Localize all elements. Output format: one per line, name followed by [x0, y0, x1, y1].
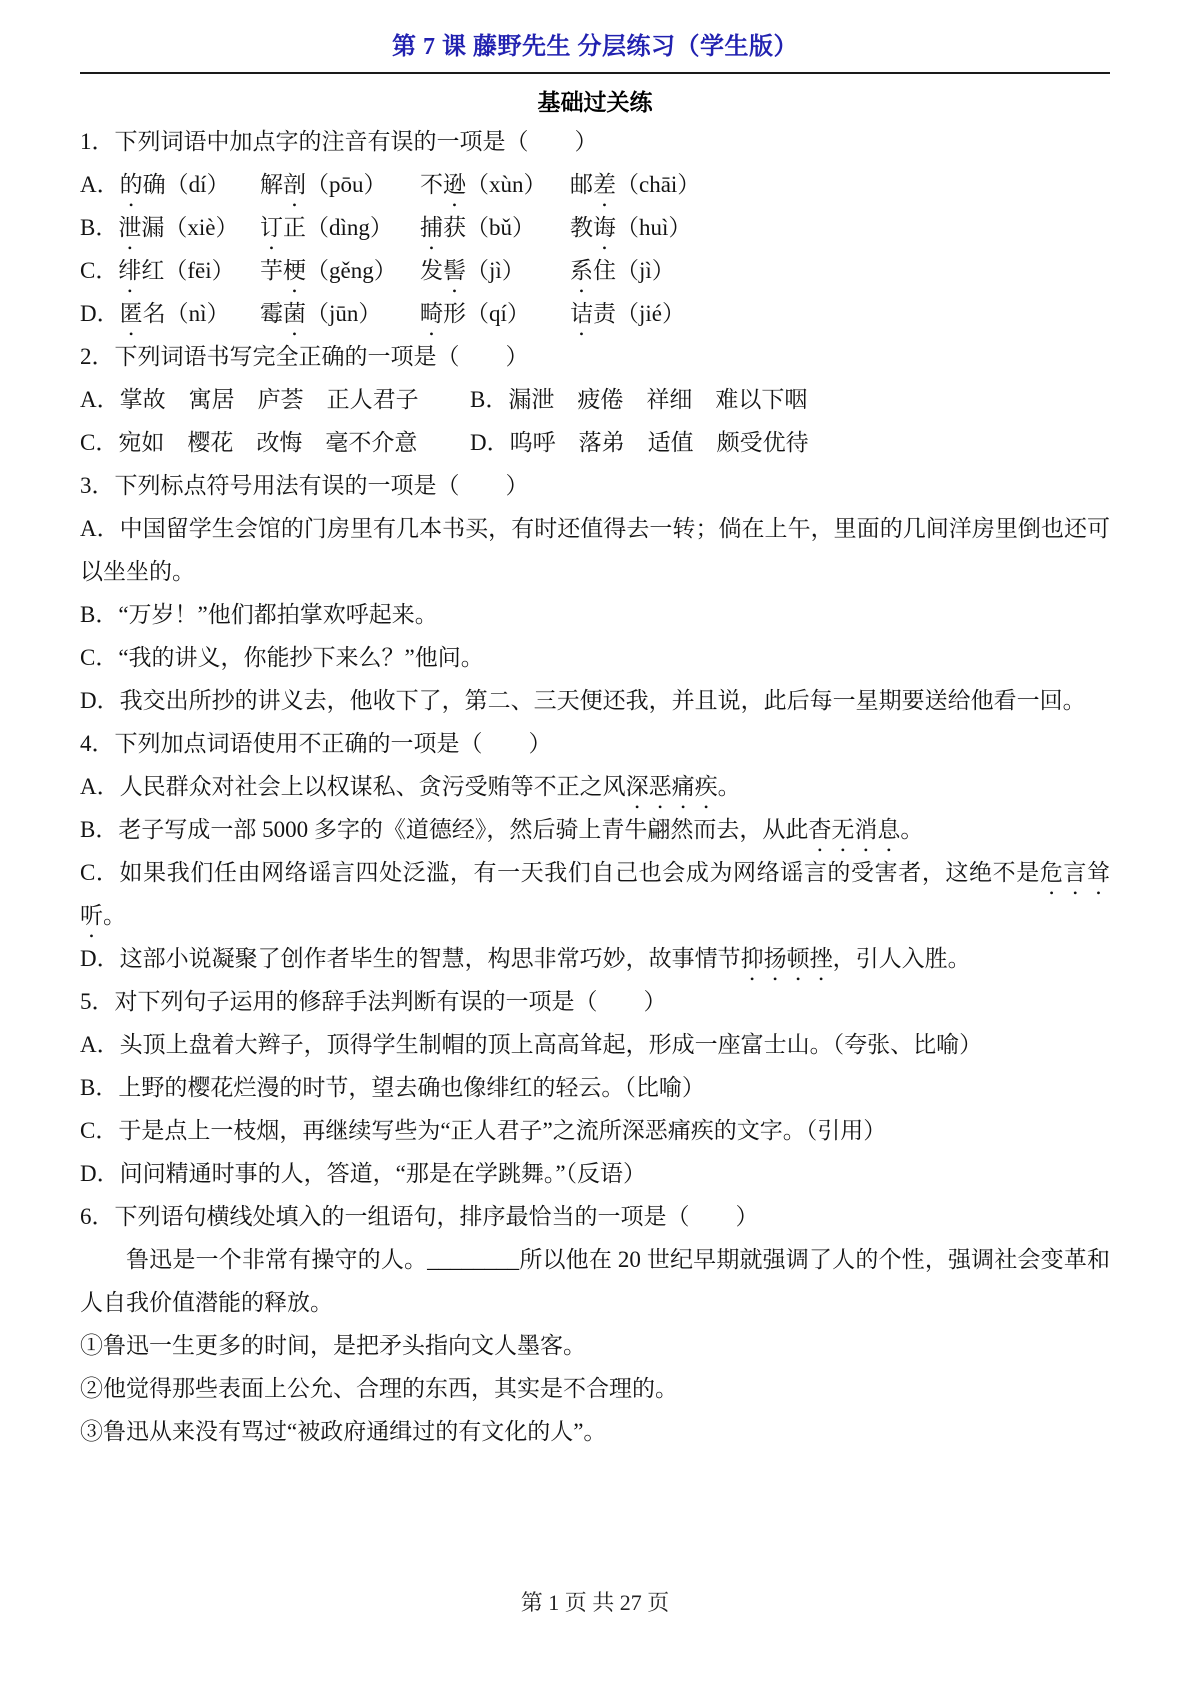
- emphasis-dot-char: 剖: [283, 172, 306, 197]
- option-word: 不逊（xùn）: [420, 163, 570, 206]
- option-word: 发髻（jì）: [420, 249, 570, 292]
- question-5-option-b: B．上野的樱花烂漫的时节，望去确也像绯红的轻云。（比喻）: [80, 1066, 1110, 1109]
- emphasis-dot-char: 扬: [764, 946, 787, 971]
- question-3-option-a: A．中国留学生会馆的门房里有几本书买，有时还值得去一转；倘在上午，里面的几间洋房…: [80, 507, 1110, 593]
- question-5-option-c: C．于是点上一枝烟，再继续写些为“正人君子”之流所深恶痛疾的文字。（引用）: [80, 1109, 1110, 1152]
- emphasis-dot-char: 髻: [443, 258, 466, 283]
- question-5-option-d: D．问问精通时事的人，答道，“那是在学跳舞。”（反语）: [80, 1152, 1110, 1195]
- emphasis-dot-char: 绯: [118, 258, 141, 283]
- emphasis-dot-char: 诘: [570, 301, 593, 326]
- questions-area: 1．下列词语中加点字的注音有误的一项是（ ）A．的确（dí）解剖（pōu）不逊（…: [80, 120, 1110, 1453]
- emphasis-dot-char: 息: [877, 817, 900, 842]
- emphasis-dot-char: 系: [570, 258, 593, 283]
- emphasis-dot-char: 泄: [118, 215, 141, 240]
- emphasis-dot-char: 顿: [787, 946, 810, 971]
- emphasis-dot-char: 无: [831, 817, 854, 842]
- option-word: 诘责（jié）: [570, 292, 1110, 335]
- option-word: 订正（dìng）: [260, 206, 420, 249]
- option-word: 系住（jì）: [570, 249, 1110, 292]
- emphasis-dot-char: 差: [593, 172, 616, 197]
- option-group: B．漏泄 疲倦 祥细 难以下咽: [470, 378, 1110, 421]
- question-2-stem: 2．下列词语书写完全正确的一项是（ ）: [80, 335, 1110, 378]
- option-word: D．匿名（nì）: [80, 292, 260, 335]
- question-4-option-d: D．这部小说凝聚了创作者毕生的智慧，构思非常巧妙，故事情节抑扬顿挫，引人入胜。: [80, 937, 1110, 980]
- option-word: A．的确（dí）: [80, 163, 260, 206]
- emphasis-dot-char: 匿: [120, 301, 143, 326]
- question-4-option-c: C．如果我们任由网络谣言四处泛滥，有一天我们自己也会成为网络谣言的受害者，这绝不…: [80, 851, 1110, 937]
- option-word: 霉菌（jūn）: [260, 292, 420, 335]
- question-4-option-a: A．人民群众对社会上以权谋私、贪污受贿等不正之风深恶痛疾。: [80, 765, 1110, 808]
- question-6-sentence-1: ①鲁迅一生更多的时间，是把矛头指向文人墨客。: [80, 1324, 1110, 1367]
- page-title: 第 7 课 藤野先生 分层练习（学生版）: [80, 30, 1110, 64]
- question-6-sentence-3: ③鲁迅从来没有骂过“被政府通缉过的有文化的人”。: [80, 1410, 1110, 1453]
- emphasis-dot-char: 菌: [283, 301, 306, 326]
- question-3-option-b: B．“万岁！”他们都拍掌欢呼起来。: [80, 593, 1110, 636]
- question-6-sentence-2: ②他觉得那些表面上公允、合理的东西，其实是不合理的。: [80, 1367, 1110, 1410]
- question-2-options-ab: A．掌故 寓居 庐荟 正人君子B．漏泄 疲倦 祥细 难以下咽: [80, 378, 1110, 421]
- question-3-option-d: D．我交出所抄的讲义去，他收下了，第二、三天便还我，并且说，此后每一星期要送给他…: [80, 679, 1110, 722]
- emphasis-dot-char: 的: [120, 172, 143, 197]
- question-6-stem: 6．下列语句横线处填入的一组语句，排序最恰当的一项是（ ）: [80, 1195, 1110, 1238]
- emphasis-dot-char: 诲: [593, 215, 616, 240]
- emphasis-dot-char: 深: [626, 774, 649, 799]
- emphasis-dot-char: 畸: [420, 301, 443, 326]
- emphasis-dot-char: 梗: [283, 258, 306, 283]
- question-4-option-b: B．老子写成一部 5000 多字的《道德经》，然后骑上青牛翩然而去，从此杳无消息…: [80, 808, 1110, 851]
- emphasis-dot-char: 痛: [672, 774, 695, 799]
- option-word: B．泄漏（xiè）: [80, 206, 260, 249]
- title-divider: [80, 72, 1110, 74]
- option-group: D．呜呼 落弟 适值 颇受优待: [470, 421, 1110, 464]
- emphasis-dot-char: 恶: [649, 774, 672, 799]
- question-2-options-cd: C．宛如 樱花 改悔 毫不介意D．呜呼 落弟 适值 颇受优待: [80, 421, 1110, 464]
- emphasis-dot-char: 言: [1063, 860, 1087, 885]
- option-word: C．绯红（fēi）: [80, 249, 260, 292]
- emphasis-dot-char: 抑: [741, 946, 764, 971]
- option-word: 教诲（huì）: [570, 206, 1110, 249]
- emphasis-dot-char: 危: [1040, 860, 1064, 885]
- option-word: 解剖（pōu）: [260, 163, 420, 206]
- question-1-option-a: A．的确（dí）解剖（pōu）不逊（xùn）邮差（chāi）: [80, 163, 1110, 206]
- emphasis-dot-char: 逊: [443, 172, 466, 197]
- emphasis-dot-char: 疾: [695, 774, 718, 799]
- question-3-option-c: C．“我的讲义，你能抄下来么？”他问。: [80, 636, 1110, 679]
- section-heading: 基础过关练: [80, 86, 1110, 120]
- option-group: A．掌故 寓居 庐荟 正人君子: [80, 378, 470, 421]
- page-number: 第 1 页 共 27 页: [0, 1586, 1190, 1620]
- option-word: 邮差（chāi）: [570, 163, 1110, 206]
- question-5-stem: 5．对下列句子运用的修辞手法判断有误的一项是（ ）: [80, 980, 1110, 1023]
- emphasis-dot-char: 挫: [810, 946, 833, 971]
- option-word: 芋梗（gěng）: [260, 249, 420, 292]
- worksheet-page: 第 7 课 藤野先生 分层练习（学生版） 基础过关练 1．下列词语中加点字的注音…: [0, 0, 1190, 1652]
- question-3-stem: 3．下列标点符号用法有误的一项是（ ）: [80, 464, 1110, 507]
- question-1-option-d: D．匿名（nì）霉菌（jūn）畸形（qí）诘责（jié）: [80, 292, 1110, 335]
- question-4-stem: 4．下列加点词语使用不正确的一项是（ ）: [80, 722, 1110, 765]
- emphasis-dot-char: 听: [80, 903, 103, 928]
- emphasis-dot-char: 杳: [808, 817, 831, 842]
- question-1-option-b: B．泄漏（xiè）订正（dìng）捕获（bǔ）教诲（huì）: [80, 206, 1110, 249]
- emphasis-dot-char: 订: [260, 215, 283, 240]
- question-6-passage: 鲁迅是一个非常有操守的人。________所以他在 20 世纪早期就强调了人的个…: [80, 1238, 1110, 1324]
- question-1-stem: 1．下列词语中加点字的注音有误的一项是（ ）: [80, 120, 1110, 163]
- question-5-option-a: A．头顶上盘着大辫子，顶得学生制帽的顶上高高耸起，形成一座富士山。（夸张、比喻）: [80, 1023, 1110, 1066]
- emphasis-dot-char: 捕: [420, 215, 443, 240]
- option-word: 捕获（bǔ）: [420, 206, 570, 249]
- emphasis-dot-char: 耸: [1087, 860, 1110, 885]
- emphasis-dot-char: 消: [854, 817, 877, 842]
- option-word: 畸形（qí）: [420, 292, 570, 335]
- option-group: C．宛如 樱花 改悔 毫不介意: [80, 421, 470, 464]
- question-1-option-c: C．绯红（fēi）芋梗（gěng）发髻（jì）系住（jì）: [80, 249, 1110, 292]
